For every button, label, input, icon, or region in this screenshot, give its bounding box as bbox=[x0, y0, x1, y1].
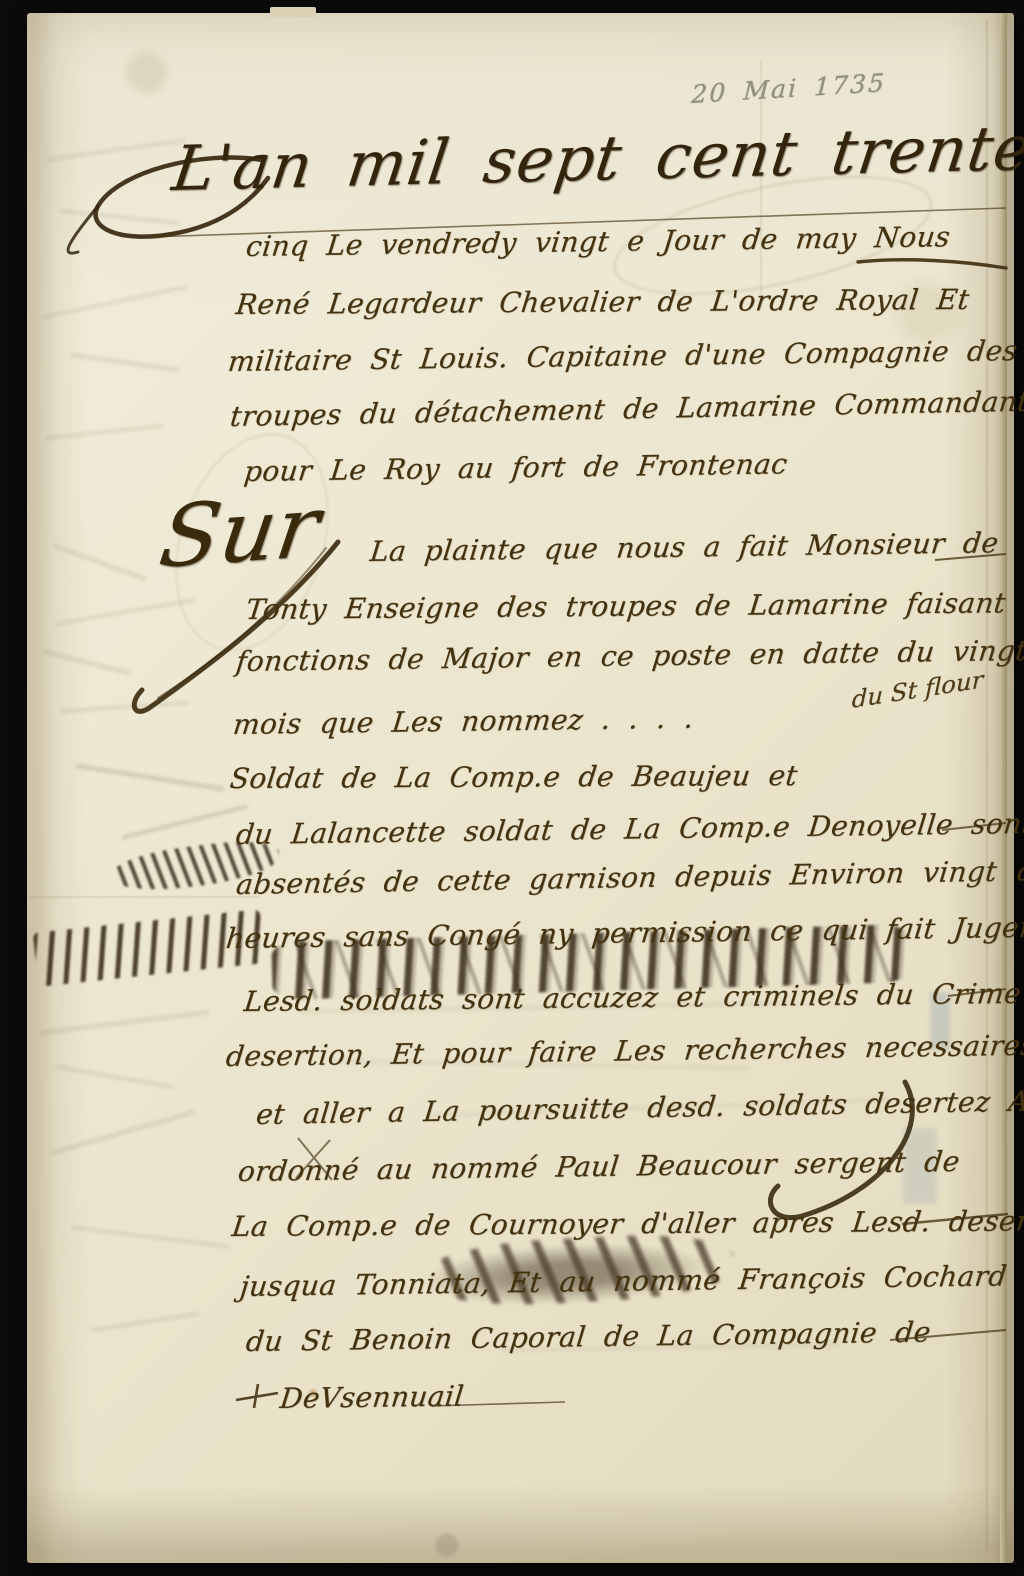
manuscript-line: La Comp.e de Cournoyer d'aller apres Les… bbox=[230, 1204, 1024, 1243]
manuscript-scan: 20 Mai 1735 L'an mil sept cent trente Su… bbox=[0, 0, 1024, 1576]
drop-cap-word: Sur bbox=[154, 477, 326, 588]
vertical-crease bbox=[986, 20, 988, 1550]
manuscript-line: Soldat de La Comp.e de Beaujeu et bbox=[228, 759, 799, 795]
manuscript-line: DeVsennuail bbox=[278, 1379, 465, 1415]
manuscript-line: René Legardeur Chevalier de L'ordre Roya… bbox=[234, 283, 971, 321]
manuscript-line: Tonty Enseigne des troupes de Lamarine f… bbox=[244, 586, 1024, 626]
horizontal-crease bbox=[30, 896, 260, 898]
manuscript-line: mois que Les nommez . . . . bbox=[231, 702, 695, 741]
